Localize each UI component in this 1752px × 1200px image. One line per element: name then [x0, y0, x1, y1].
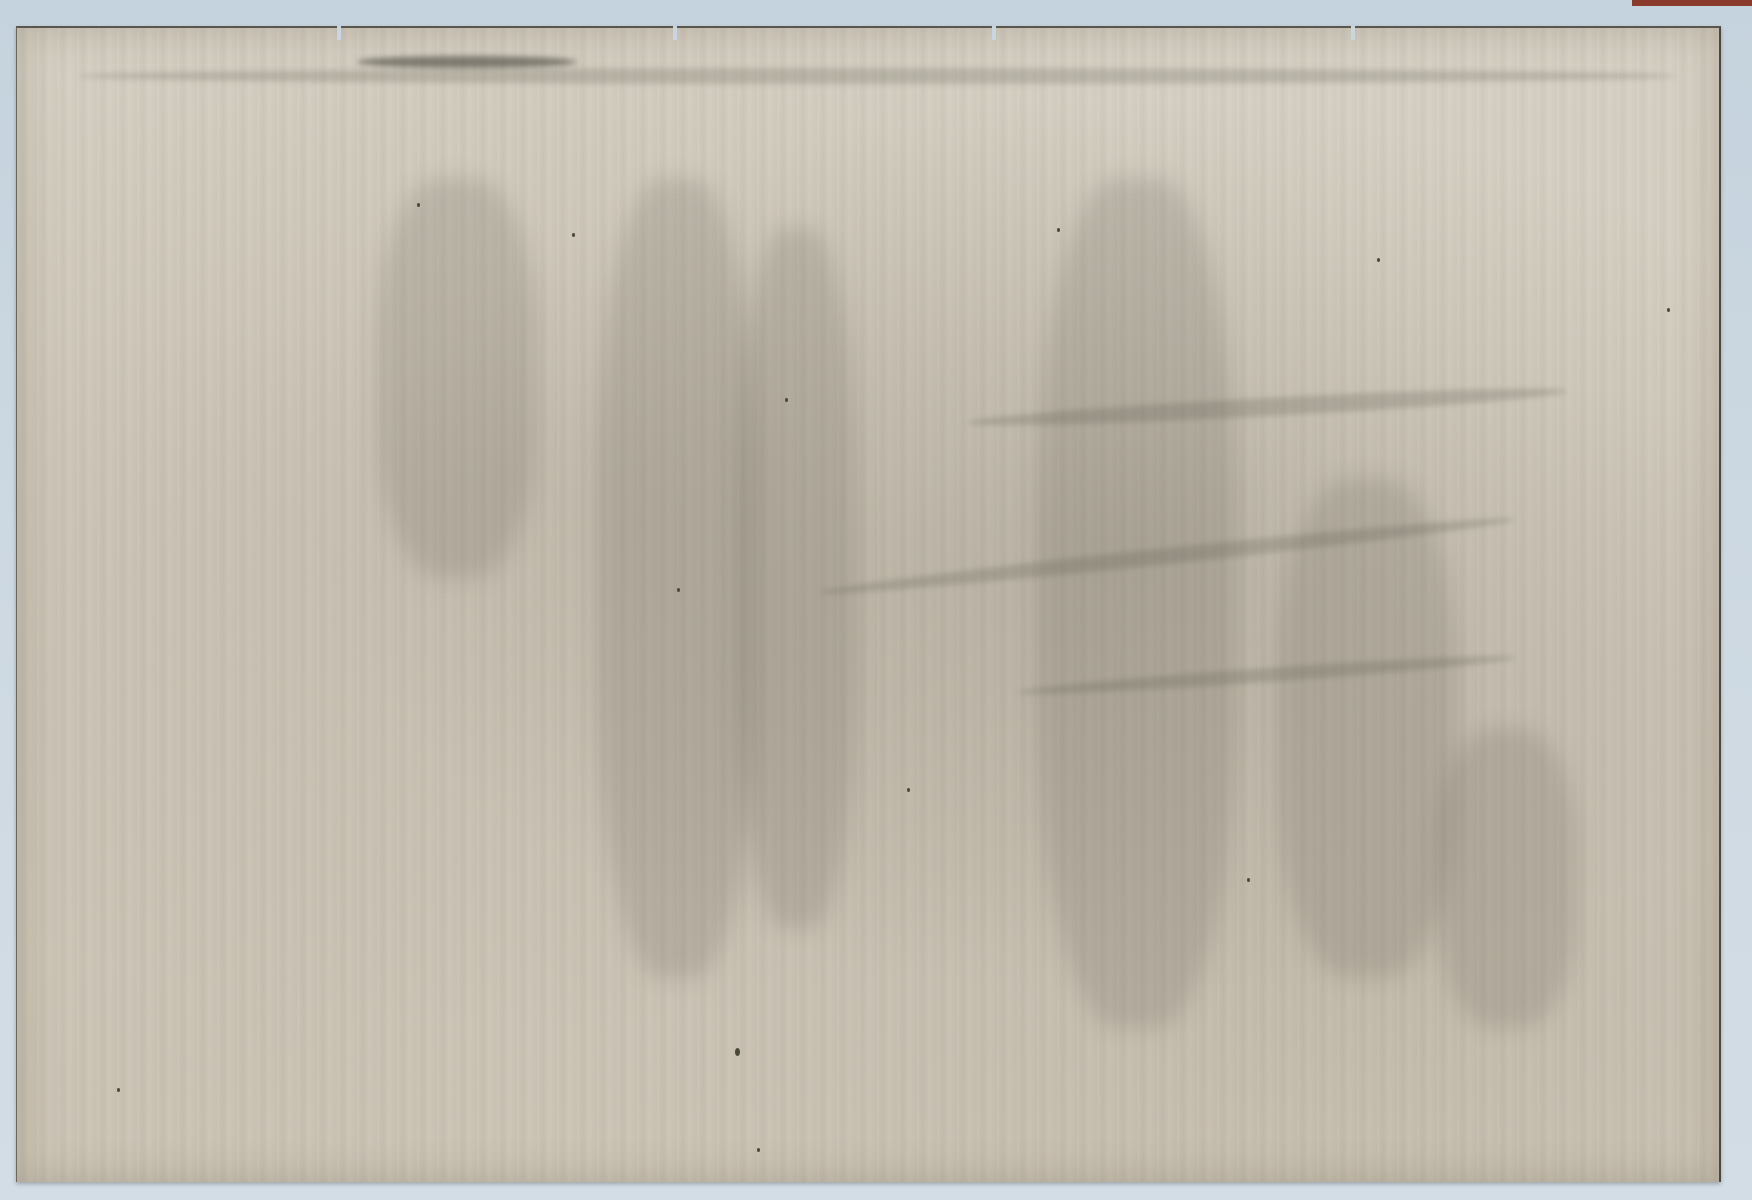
paper-edge-notch	[992, 26, 996, 40]
ink-speck	[1247, 878, 1250, 882]
paper-edge-notch	[337, 26, 341, 40]
ink-speck	[1667, 308, 1670, 312]
stain-column	[597, 178, 757, 978]
top-ink-band	[357, 56, 577, 68]
red-object-corner	[1632, 0, 1752, 6]
paper-edge-notch	[673, 26, 677, 40]
ink-speck	[677, 588, 680, 592]
stain-column	[1037, 178, 1237, 1028]
paper-edge-notch	[1351, 26, 1355, 40]
aged-paper-sheet	[16, 26, 1721, 1182]
top-ink-band	[77, 68, 1677, 84]
stain-column	[1437, 728, 1577, 1028]
stain-column	[377, 178, 537, 578]
ink-speck	[907, 788, 910, 792]
ink-speck	[785, 398, 788, 402]
ink-speck	[417, 203, 420, 207]
stain-column	[737, 228, 857, 928]
ink-speck	[1377, 258, 1380, 262]
ink-speck	[572, 233, 575, 237]
stain-column	[1277, 478, 1457, 978]
ink-speck	[735, 1048, 740, 1056]
ink-speck	[757, 1148, 760, 1152]
ink-speck	[1057, 228, 1060, 232]
ink-speck	[117, 1088, 120, 1092]
